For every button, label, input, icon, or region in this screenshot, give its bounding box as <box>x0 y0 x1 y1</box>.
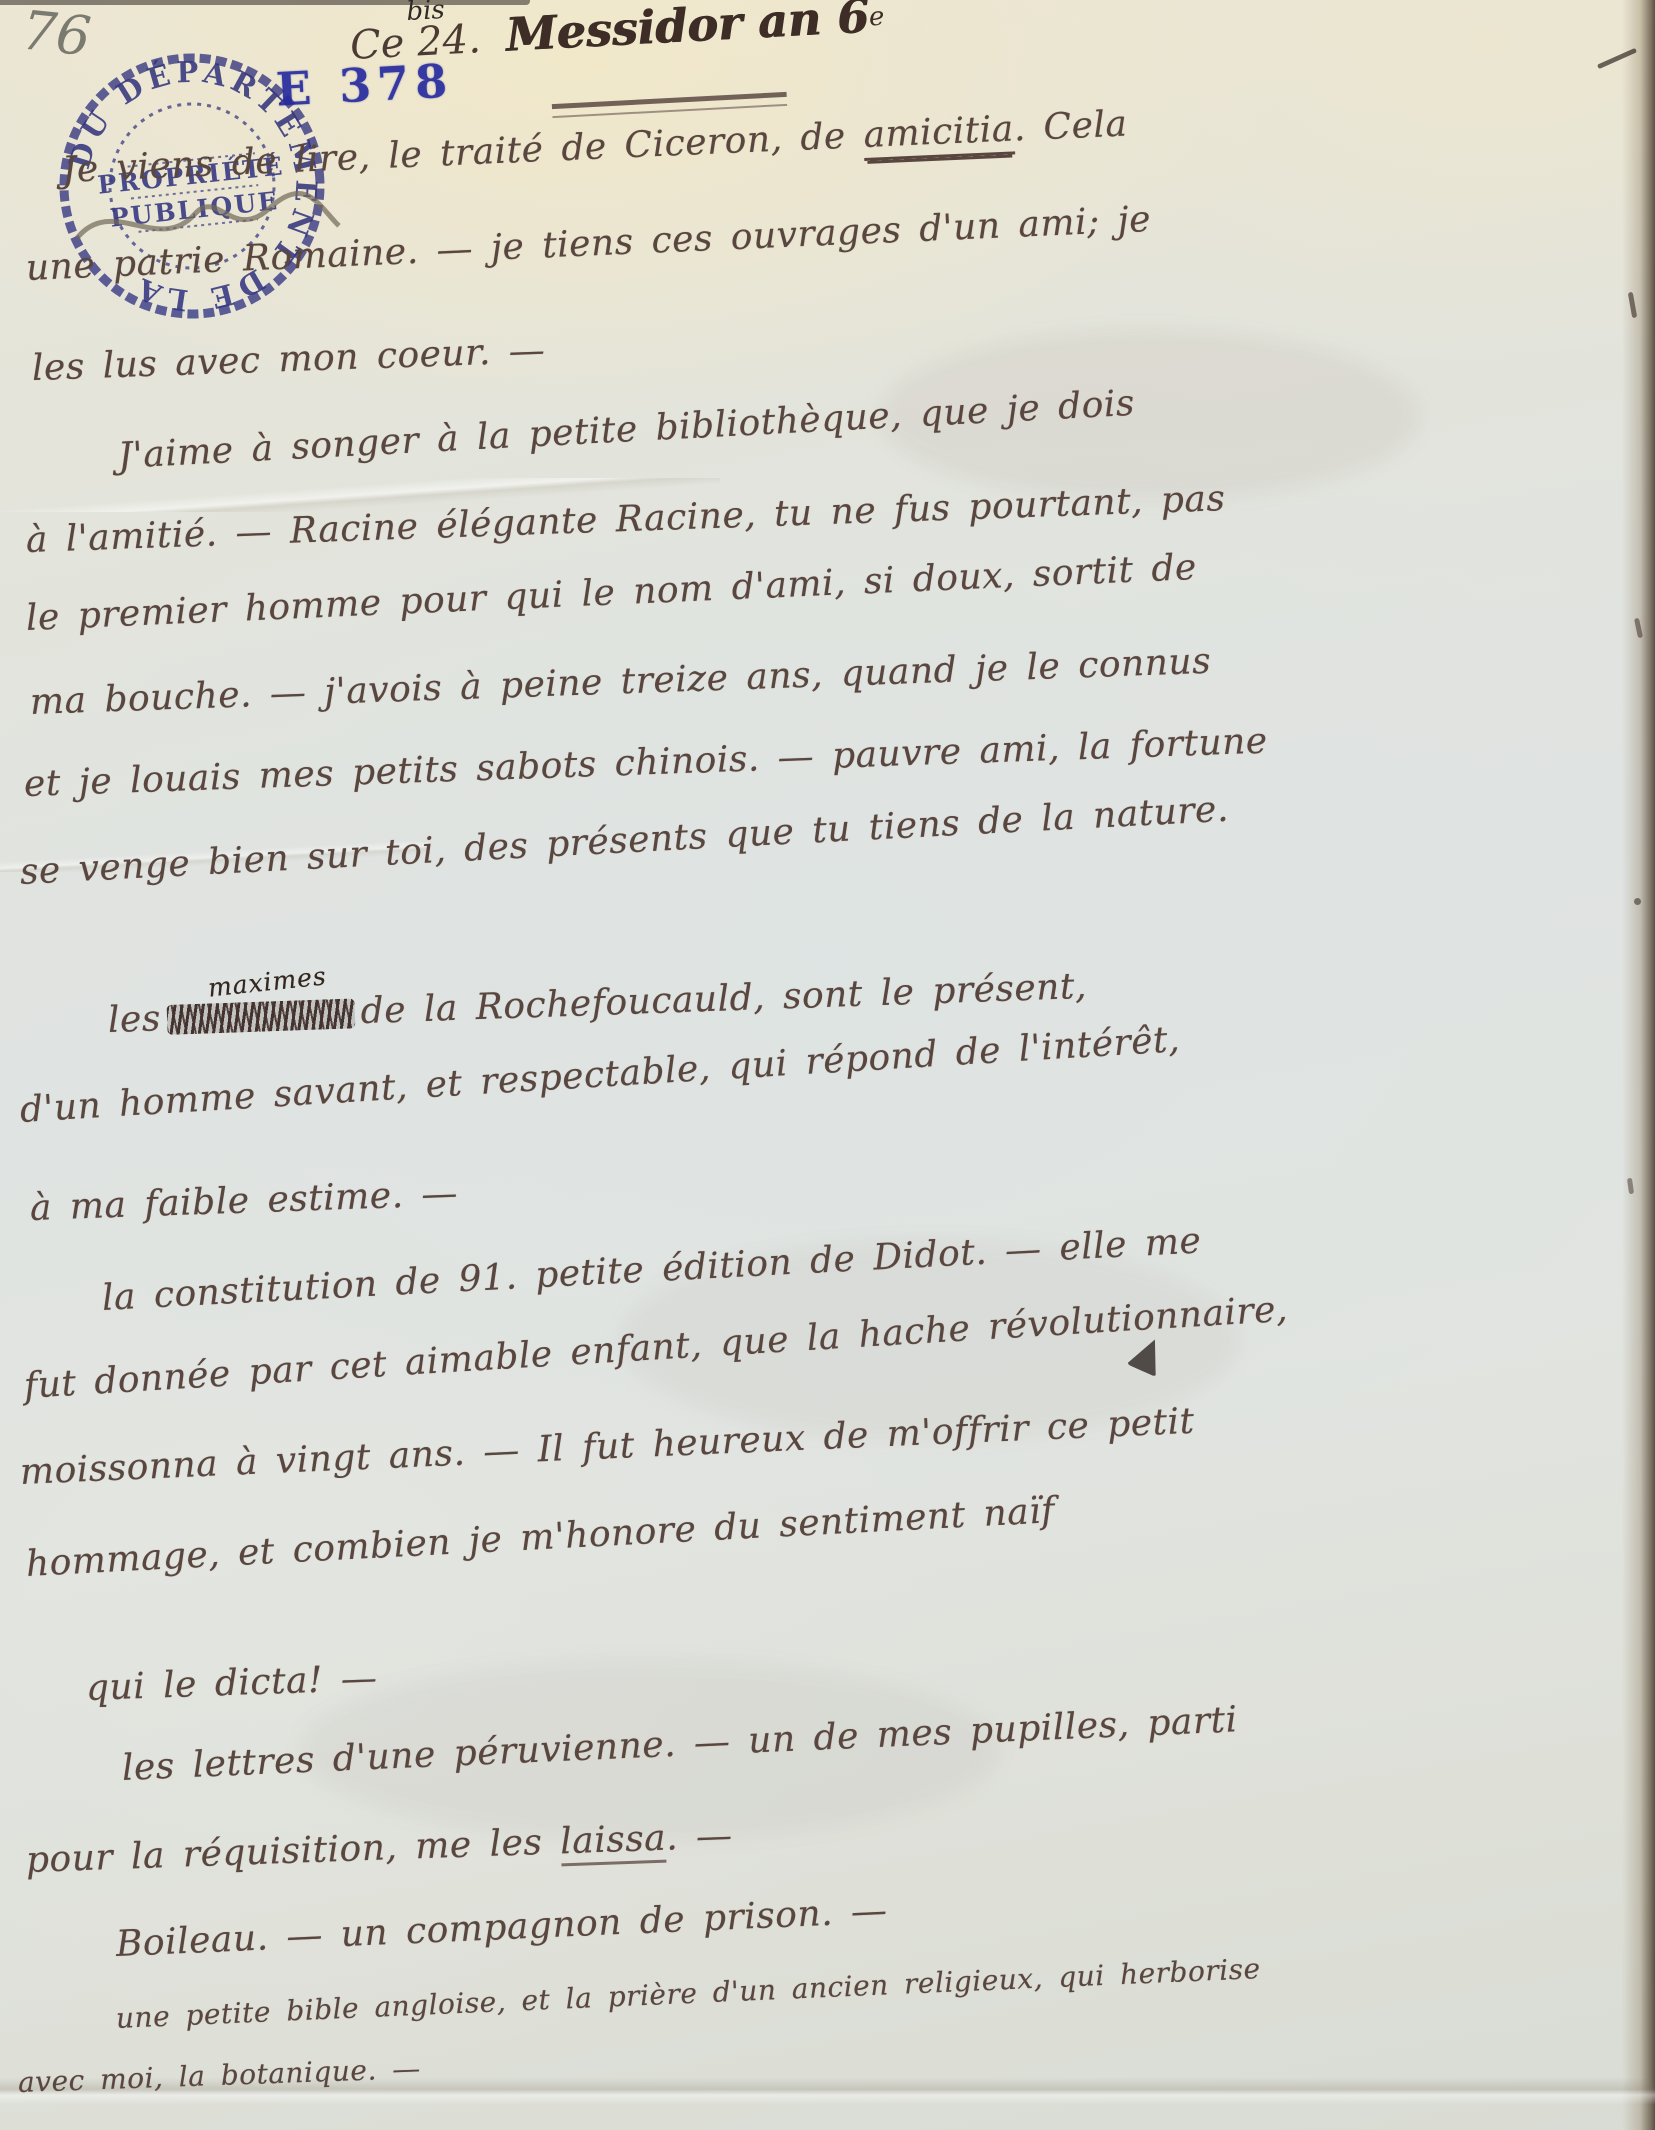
underlined-word: amicitia <box>863 108 1015 161</box>
manuscript-line: J'aime à songer à la petite bibliothèque… <box>117 383 1136 477</box>
header-underline <box>552 92 787 118</box>
manuscript-line: à ma faible estime. — <box>29 1173 458 1229</box>
line-text: les <box>107 998 161 1041</box>
manuscript-line: pour la réquisition, me les laissa. — <box>25 1815 733 1881</box>
manuscript-line: à l'amitié. — Racine élégante Racine, tu… <box>25 478 1226 561</box>
manuscript-line: lesmaximesde la Rochefoucauld, sont le p… <box>107 966 1087 1041</box>
line-text: pour la réquisition, me les <box>25 1821 561 1881</box>
line-text: de la Rochefoucauld, sont le présent, <box>360 966 1088 1032</box>
manuscript-line: une petite bible angloise, et la prière … <box>115 1952 1261 2035</box>
manuscript-line: moissonna à vingt ans. — Il fut heureux … <box>19 1401 1195 1493</box>
date-header: Ce 24. bis Messidor an 6e <box>349 0 886 70</box>
edge-writing-fragment <box>1634 898 1641 905</box>
manuscript-line: ma bouche. — j'avois à peine treize ans,… <box>29 641 1211 723</box>
manuscript-line: hommage, et combien je m'honore du senti… <box>25 1490 1056 1585</box>
manuscript-line: Boileau. — un compagnon de prison. — <box>115 1890 888 1965</box>
manuscript-line: les lettres d'une péruvienne. — un de me… <box>121 1699 1238 1789</box>
line-text: . — <box>665 1815 733 1858</box>
manuscript-line: qui le dicta! — <box>85 1658 378 1709</box>
date-insertion-bis: bis <box>406 0 446 27</box>
underlined-word: laissa <box>560 1818 667 1867</box>
manuscript-page: 76 DU DÉPARTEMENT DE LA PROPRIÉTÉ PUBLIQ… <box>0 0 1655 2130</box>
manuscript-line: se venge bien sur toi, des présents que … <box>19 789 1230 893</box>
ink-blot <box>1126 1333 1169 1377</box>
date-month: Messidor an 6 <box>504 0 870 62</box>
scribbled-out-word: maximes <box>166 998 355 1035</box>
date-ordinal: e <box>868 2 885 33</box>
manuscript-line: et je louais mes petits sabots chinois. … <box>23 721 1268 805</box>
manuscript-line: avec moi, la botanique. — <box>17 2052 421 2099</box>
interlinear-correction: maximes <box>206 961 327 1002</box>
line-text: . Cela <box>1013 104 1128 150</box>
torn-right-edge <box>1622 0 1655 2130</box>
manuscript-line: le premier homme pour qui le nom d'ami, … <box>25 547 1198 639</box>
